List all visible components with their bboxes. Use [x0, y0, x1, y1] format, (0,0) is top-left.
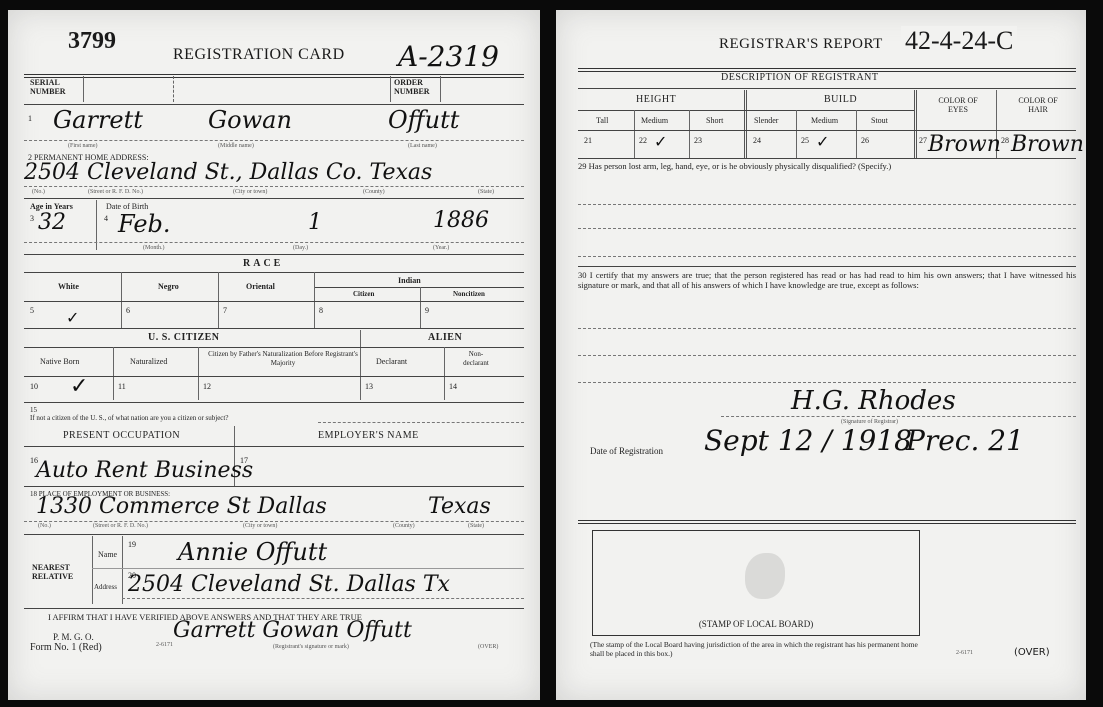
first-name: Garrett	[53, 106, 143, 134]
precinct: Prec. 21	[906, 424, 1024, 457]
registrant-signature: Garrett Gowan Offutt	[173, 618, 412, 643]
birth-day: 1	[308, 210, 322, 235]
registration-card-back: REGISTRAR'S REPORT 42-4-24-C DESCRIPTION…	[556, 10, 1086, 700]
race-title: RACE	[243, 258, 283, 269]
registration-date: Sept 12 / 1918	[704, 424, 912, 457]
serial-number-label: SERIAL NUMBER	[30, 78, 80, 96]
q30-text: 30 I certify that my answers are true; t…	[578, 270, 1076, 290]
employment-address: 1330 Commerce St Dallas	[36, 494, 327, 519]
height-medium-check-icon: ✓	[654, 132, 667, 151]
stamp-note: (The stamp of the Local Board having jur…	[590, 640, 930, 658]
q29-text: 29 Has person lost arm, leg, hand, eye, …	[578, 161, 1076, 171]
us-citizen-title: U. S. CITIZEN	[148, 332, 220, 343]
relative-address: 2504 Cleveland St. Dallas Tx	[128, 572, 450, 597]
home-address: 2504 Cleveland St., Dallas Co. Texas	[24, 160, 432, 185]
birth-month: Feb.	[118, 210, 171, 238]
hair-color: Brown	[1011, 132, 1084, 157]
divider	[24, 74, 524, 78]
relative-name: Annie Offutt	[178, 538, 327, 566]
over-label: (OVER)	[1014, 647, 1050, 658]
white-check-icon: ✓	[66, 308, 79, 327]
stamp-icon	[745, 553, 785, 599]
description-title: DESCRIPTION OF REGISTRANT	[721, 72, 879, 83]
birth-year: 1886	[433, 208, 489, 233]
q15-text: If not a citizen of the U. S., of what n…	[30, 414, 228, 422]
order-handwritten: A-2319	[398, 40, 499, 73]
alien-title: ALIEN	[428, 332, 462, 343]
local-board-stamp-box: (STAMP OF LOCAL BOARD)	[592, 530, 920, 636]
registration-card-front: 3799 REGISTRATION CARD A-2319 SERIAL NUM…	[8, 10, 540, 700]
card-number: 3799	[68, 28, 116, 55]
age-value: 32	[38, 210, 66, 235]
stamp-code: 42-4-24-C	[901, 26, 1017, 56]
native-born-check-icon: ✓	[70, 374, 88, 399]
build-medium-check-icon: ✓	[816, 132, 829, 151]
occupation-value: Auto Rent Business	[36, 458, 253, 483]
registrar-signature: H.G. Rhodes	[791, 386, 956, 416]
order-number-label: ORDER NUMBER	[394, 78, 438, 96]
last-name: Offutt	[388, 106, 459, 134]
registrar-report-title: REGISTRAR'S REPORT	[719, 36, 883, 53]
middle-name: Gowan	[208, 106, 292, 134]
card-title: REGISTRATION CARD	[173, 46, 345, 64]
form-number: Form No. 1 (Red)	[30, 642, 102, 653]
eye-color: Brown	[928, 132, 1001, 157]
employment-state: Texas	[428, 494, 491, 519]
